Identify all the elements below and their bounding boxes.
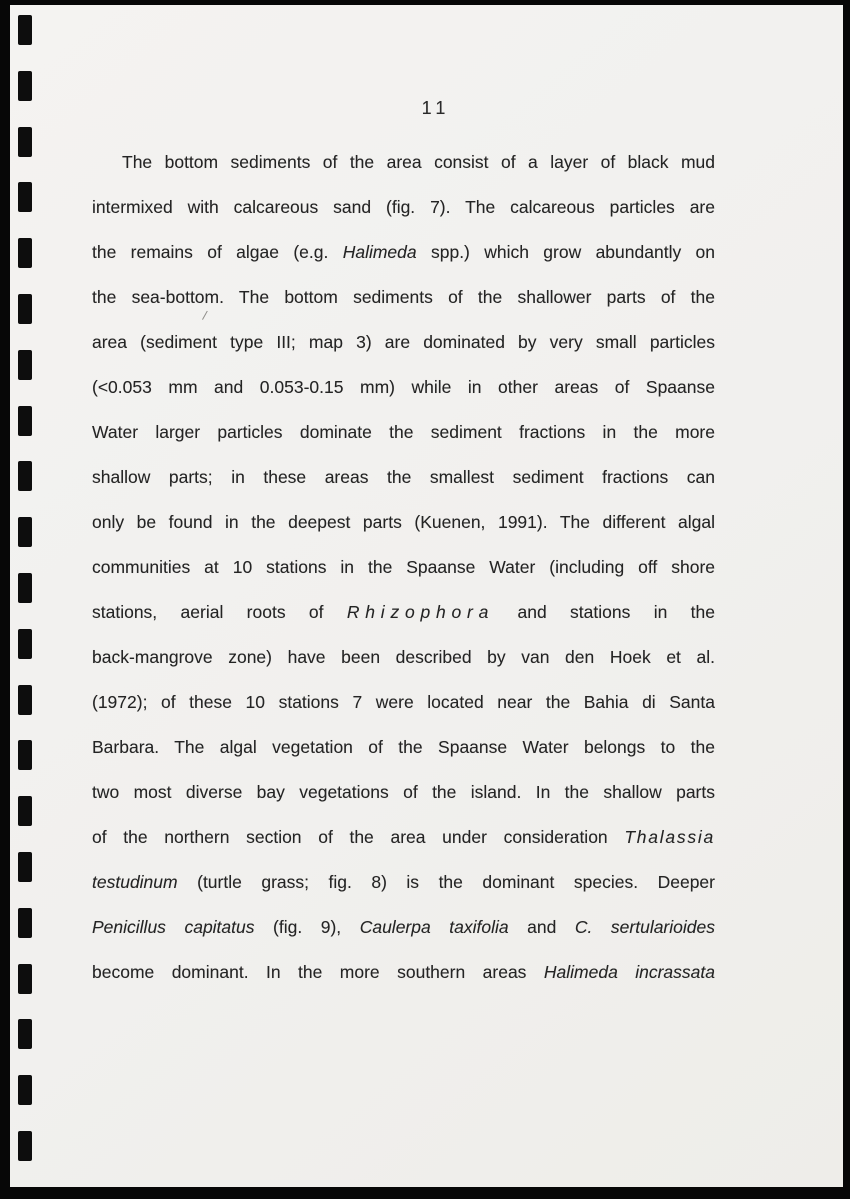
text-line: (<0.053 mm and 0.053-0.15 mm) while in o…: [92, 365, 715, 410]
binding-hole: [18, 517, 32, 547]
text-segment: Water larger particles dominate the sedi…: [92, 422, 715, 442]
text-line: stations, aerial roots of Rhizophora and…: [92, 590, 715, 635]
binding-hole: [18, 1131, 32, 1161]
text-line: The bottom sediments of the area consist…: [92, 140, 715, 185]
text-segment: The bottom sediments of the area consist…: [122, 152, 715, 172]
text-line: only be found in the deepest parts (Kuen…: [92, 500, 715, 545]
species-name: testudinum: [92, 872, 178, 892]
text-segment: only be found in the deepest parts (Kuen…: [92, 512, 715, 532]
text-segment: (<0.053 mm and 0.053-0.15 mm) while in o…: [92, 377, 715, 397]
binding-hole: [18, 71, 32, 101]
text-line: area (sediment type III; map 3) are domi…: [92, 320, 715, 365]
binding-hole: [18, 350, 32, 380]
text-segment: (turtle grass; fig. 8) is the dominant s…: [178, 872, 715, 892]
text-line: Barbara. The algal vegetation of the Spa…: [92, 725, 715, 770]
species-name: C. sertularioides: [575, 917, 715, 937]
binding-hole: [18, 1075, 32, 1105]
text-segment: intermixed with calcareous sand (fig. 7)…: [92, 197, 715, 217]
text-line: back-mangrove zone) have been described …: [92, 635, 715, 680]
binding-hole: [18, 1019, 32, 1049]
text-segment: Barbara. The algal vegetation of the Spa…: [92, 737, 715, 757]
binding-hole: [18, 740, 32, 770]
text-line: testudinum (turtle grass; fig. 8) is the…: [92, 860, 715, 905]
text-line: shallow parts; in these areas the smalle…: [92, 455, 715, 500]
text-segment: communities at 10 stations in the Spaans…: [92, 557, 715, 577]
binding-hole: [18, 852, 32, 882]
binding-holes: [18, 5, 34, 1187]
species-name: Caulerpa taxifolia: [360, 917, 509, 937]
text-line: Penicillus capitatus (fig. 9), Caulerpa …: [92, 905, 715, 950]
text-segment: area (sediment type III; map 3) are domi…: [92, 332, 715, 352]
text-block: The bottom sediments of the area consist…: [92, 140, 715, 995]
species-name: Thalassia: [624, 827, 715, 847]
text-line: communities at 10 stations in the Spaans…: [92, 545, 715, 590]
binding-hole: [18, 406, 32, 436]
text-segment: two most diverse bay vegetations of the …: [92, 782, 715, 802]
binding-hole: [18, 629, 32, 659]
text-segment: (fig. 9),: [255, 917, 360, 937]
text-segment: of the northern section of the area unde…: [92, 827, 624, 847]
binding-hole: [18, 964, 32, 994]
text-line: Water larger particles dominate the sedi…: [92, 410, 715, 455]
text-segment: the remains of algae (e.g.: [92, 242, 343, 262]
binding-hole: [18, 294, 32, 324]
text-segment: shallow parts; in these areas the smalle…: [92, 467, 715, 487]
binding-hole: [18, 796, 32, 826]
binding-hole: [18, 573, 32, 603]
text-segment: stations, aerial roots of: [92, 602, 347, 622]
text-line: become dominant. In the more southern ar…: [92, 950, 715, 995]
text-line: intermixed with calcareous sand (fig. 7)…: [92, 185, 715, 230]
binding-hole: [18, 908, 32, 938]
binding-hole: [18, 238, 32, 268]
text-line: the sea-bottom. The bottom sediments of …: [92, 275, 715, 320]
text-segment: (1972); of these 10 stations 7 were loca…: [92, 692, 715, 712]
text-segment: the sea-bottom. The bottom sediments of …: [92, 287, 715, 307]
text-segment: back-mangrove zone) have been described …: [92, 647, 715, 667]
text-line: two most diverse bay vegetations of the …: [92, 770, 715, 815]
document-page: 11 / The bottom sediments of the area co…: [10, 5, 843, 1187]
scan-background: 11 / The bottom sediments of the area co…: [0, 0, 850, 1199]
binding-hole: [18, 461, 32, 491]
species-name: Halimeda: [343, 242, 417, 262]
text-line: (1972); of these 10 stations 7 were loca…: [92, 680, 715, 725]
binding-hole: [18, 15, 32, 45]
text-line: of the northern section of the area unde…: [92, 815, 715, 860]
species-name: Penicillus capitatus: [92, 917, 255, 937]
text-segment: and stations in the: [494, 602, 715, 622]
text-line: the remains of algae (e.g. Halimeda spp.…: [92, 230, 715, 275]
page-number: 11: [366, 98, 506, 119]
binding-hole: [18, 127, 32, 157]
species-name: Halimeda incrassata: [544, 962, 715, 982]
species-name: Rhizophora: [347, 602, 494, 622]
binding-hole: [18, 685, 32, 715]
text-segment: and: [509, 917, 575, 937]
binding-hole: [18, 182, 32, 212]
text-segment: become dominant. In the more southern ar…: [92, 962, 544, 982]
text-segment: spp.) which grow abundantly on: [417, 242, 715, 262]
